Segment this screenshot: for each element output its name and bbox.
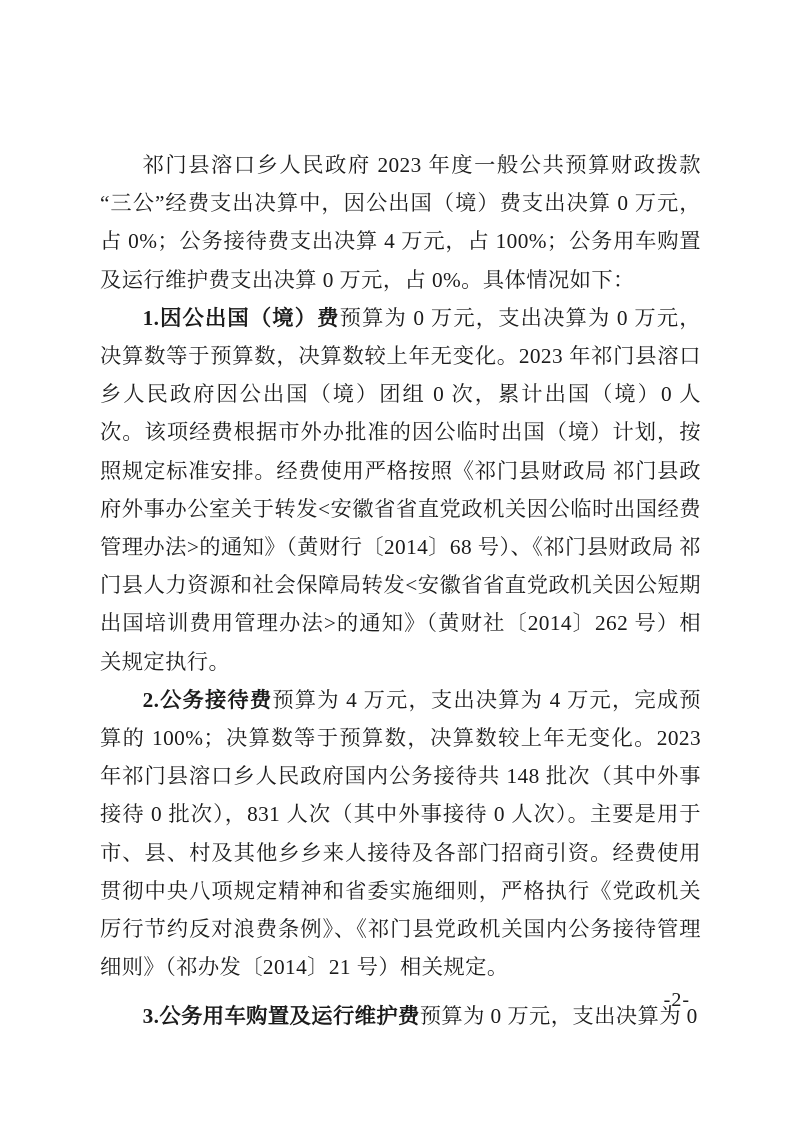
paragraph-lead: 3.公务用车购置及运行维护费: [143, 1004, 420, 1028]
intro-paragraph: 祁门县溶口乡人民政府 2023 年度一般公共预算财政拨款“三公”经费支出决算中，…: [100, 146, 701, 299]
paragraph-lead: 2.公务接待费: [143, 688, 273, 712]
paragraph-text: 祁门县溶口乡人民政府 2023 年度一般公共预算财政拨款“三公”经费支出决算中，…: [100, 153, 701, 292]
paragraph-text: 预算为 4 万元，支出决算为 4 万元，完成预算的 100%；决算数等于预算数，…: [100, 688, 701, 979]
paragraph-text: 预算为 0 万元，支出决算为 0: [420, 1004, 698, 1028]
paragraph-official-reception-fee: 2.公务接待费预算为 4 万元，支出决算为 4 万元，完成预算的 100%；决算…: [100, 681, 701, 987]
paragraph-text: 预算为 0 万元，支出决算为 0 万元，决算数等于预算数，决算数较上年无变化。2…: [100, 306, 701, 674]
document-body: 祁门县溶口乡人民政府 2023 年度一般公共预算财政拨款“三公”经费支出决算中，…: [100, 146, 701, 1036]
paragraph-lead: 1.因公出国（境）费: [143, 306, 340, 330]
document-page: 祁门县溶口乡人民政府 2023 年度一般公共预算财政拨款“三公”经费支出决算中，…: [0, 0, 793, 1122]
paragraph-overseas-trips-fee: 1.因公出国（境）费预算为 0 万元，支出决算为 0 万元，决算数等于预算数，决…: [100, 299, 701, 681]
paragraph-vehicle-fee: 3.公务用车购置及运行维护费预算为 0 万元，支出决算为 0: [100, 997, 701, 1035]
page-number: -2-: [664, 988, 690, 1012]
